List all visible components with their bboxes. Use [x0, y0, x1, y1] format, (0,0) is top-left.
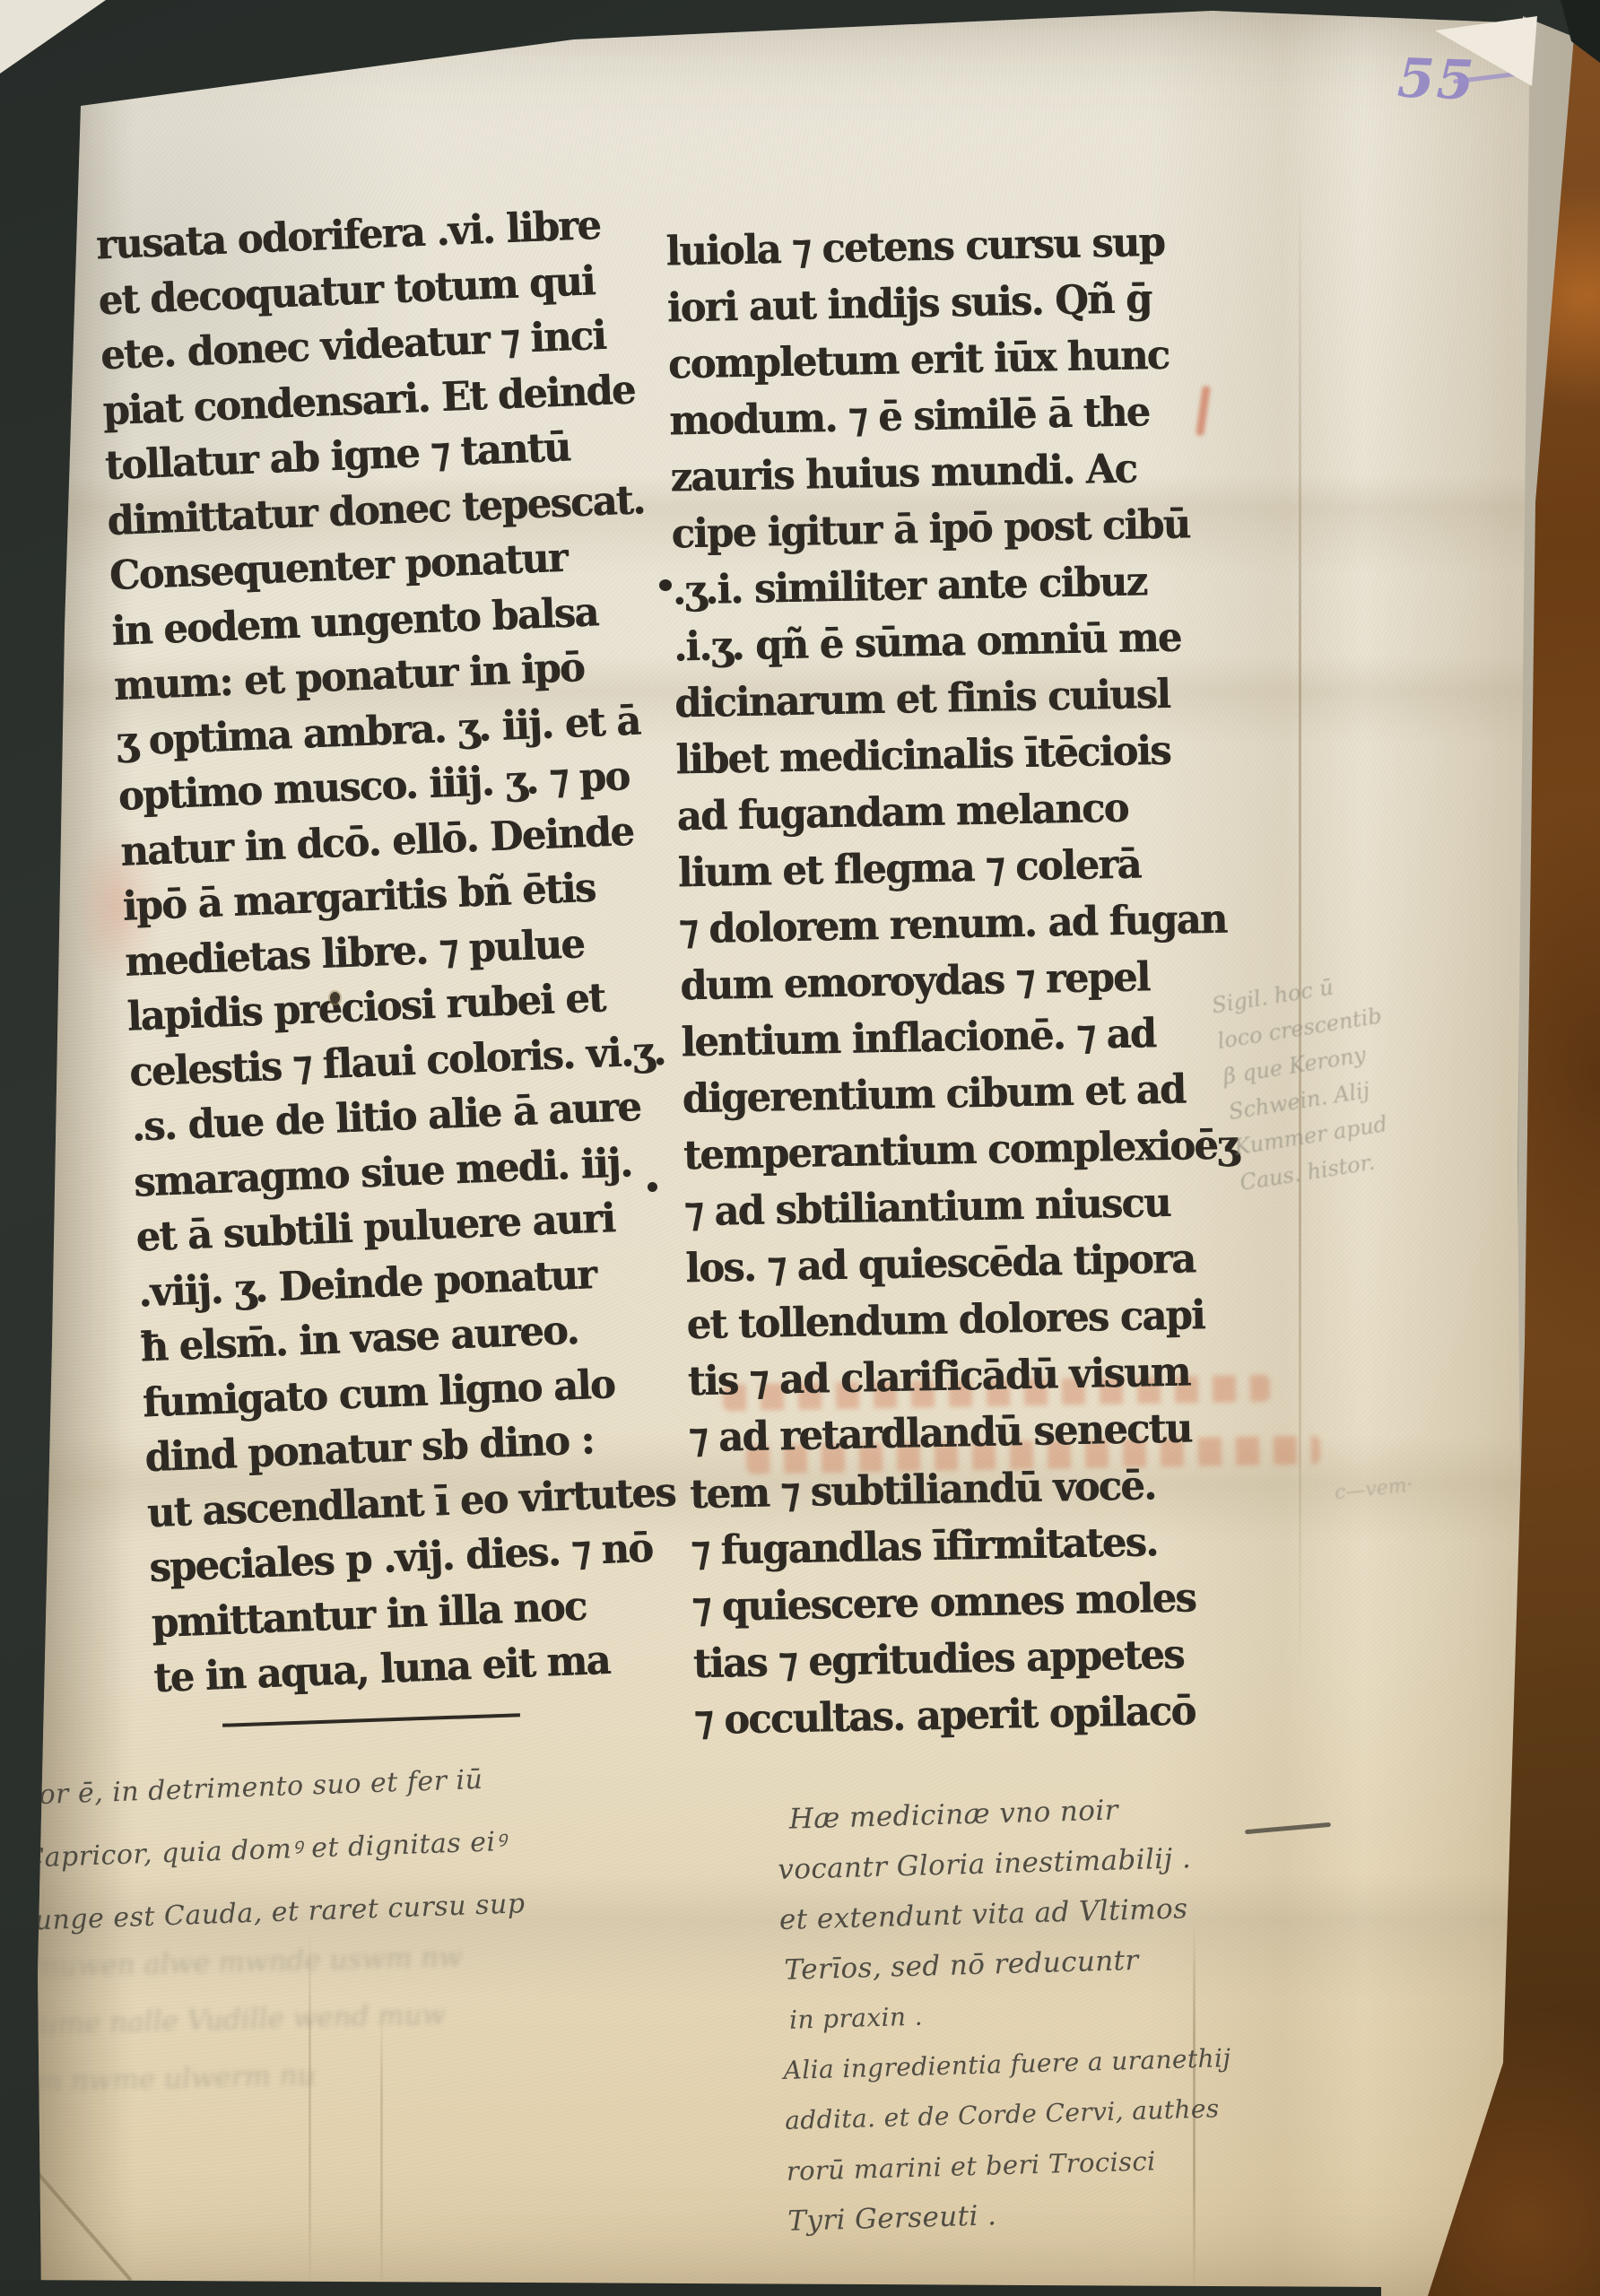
faded-margin-note: Sigil. hoc ūloco crescentibβ que KeronyS… — [1209, 962, 1406, 1201]
ink-dot-1 — [659, 579, 672, 591]
bottom-right-annotation: Hæ medicinæ vno noirvocantr Gloria inest… — [776, 1782, 1236, 2247]
left-text-column: rusata odorifera .vi. libreet decoquatur… — [95, 197, 691, 1707]
parchment-page: nmuwen alwe mwnde uswm nwwume nalle Vudi… — [0, 0, 1600, 2296]
blackletter-line: ⁊ occultas. aperit opilacō — [693, 1682, 1248, 1751]
ink-dot-2 — [648, 1182, 657, 1192]
bottom-left-annotation: hor ē, in detrimento suo et fer iūCapric… — [21, 1747, 526, 1952]
verso-ghost-text: nmuwen alwe mwnde uswm nwwume nalle Vudi… — [14, 1928, 466, 2111]
right-text-column: luiola ⁊ cetens cursu supiori aut indijs… — [665, 213, 1249, 1750]
ghost-line: um nwme ulwerm nu — [17, 2043, 466, 2111]
manuscript-photo: nmuwen alwe mwnde uswm nwwume nalle Vudi… — [0, 0, 1600, 2296]
parchment-hole — [330, 992, 340, 1004]
ghost-line: wume nalle Vudille wend muw — [15, 1986, 465, 2054]
